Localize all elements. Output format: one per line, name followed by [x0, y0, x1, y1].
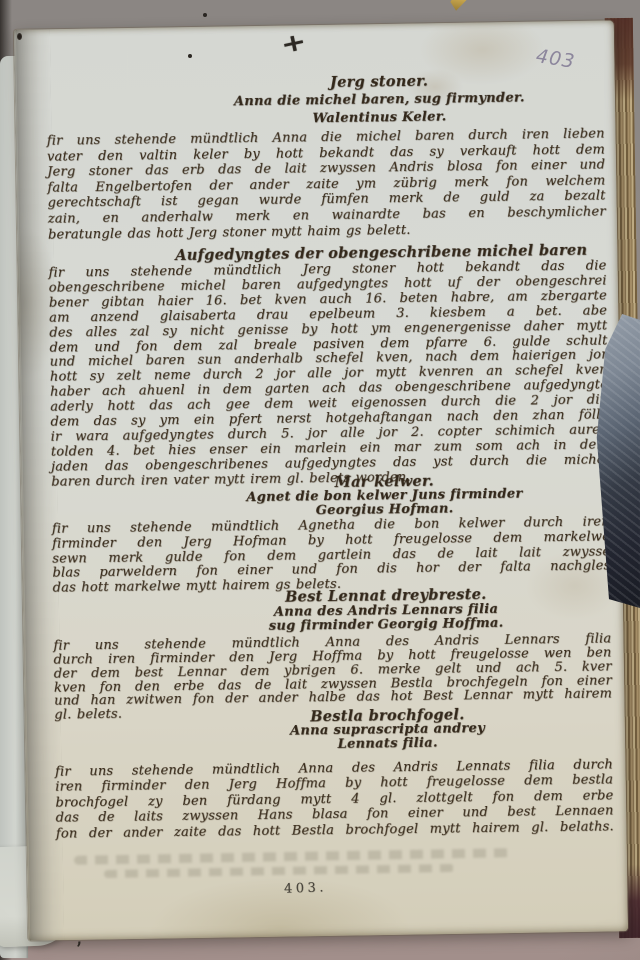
section-body: fir uns stehende mündtlich Agnetha die b… [52, 516, 611, 596]
section-body: fir uns stehende mündtlich Jerg stoner h… [48, 259, 609, 490]
manuscript-section: Bestla brochfogel.Anna suprascripta andr… [54, 706, 614, 841]
ink-folio-number: 403. [284, 880, 327, 896]
wormhole [17, 33, 22, 40]
manuscript-section: Jerg stoner.Anna die michel baren, sug f… [46, 70, 606, 242]
section-body: fir uns stehende mündtlich Anna des Andr… [55, 757, 614, 841]
manuscript-photo: + 403 Jerg stoner.Anna die michel baren,… [0, 0, 640, 960]
manuscript-text-layer: Jerg stoner.Anna die michel baren, sug f… [45, 0, 618, 960]
manuscript-section: Aufgedyngtes der obengeschribene michel … [48, 242, 609, 490]
section-body: fir uns stehende mündtlich Anna die mich… [47, 126, 606, 242]
manuscript-section: Best Lennat dreybreste.Anna des Andris L… [53, 586, 613, 723]
manuscript-section: Mar kelwer.Agnet die bon kelwer Juns fir… [51, 472, 610, 596]
